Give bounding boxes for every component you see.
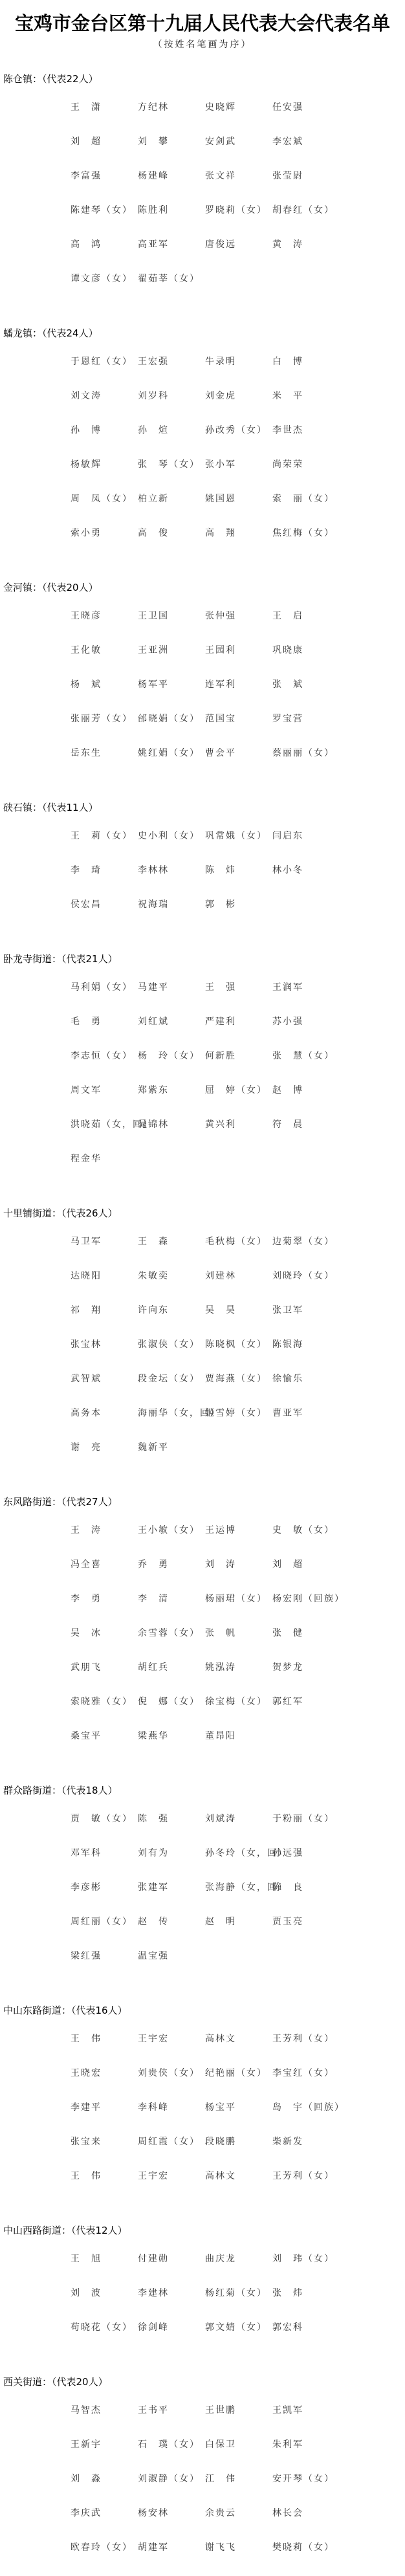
delegate-name: 尚荣荣 — [272, 459, 344, 493]
delegate-name: 祁 翔 — [71, 1305, 138, 1339]
delegate-name: 李志恒（女） — [71, 1050, 138, 1084]
district-header: 金河镇：（代表20人） — [0, 581, 405, 594]
delegate-name: 刘红斌 — [138, 1016, 205, 1050]
delegate-grid: 马智杰王书平王世鹏王凯军王新宇石 璞（女）白保卫朱利军刘 淼刘淑静（女）江 伟安… — [0, 2405, 405, 2576]
delegate-name: 牛录明 — [205, 356, 272, 390]
delegate-name: 胡建军 — [138, 2542, 205, 2576]
delegate-name: 苟晓花（女） — [71, 2322, 138, 2356]
delegate-name: 刘淑静（女） — [138, 2473, 205, 2507]
delegate-name: 李建平 — [71, 2102, 138, 2136]
delegate-name: 任安强 — [272, 102, 344, 136]
delegate-name: 周红丽（女） — [71, 1916, 138, 1950]
delegate-name: 桑宝平 — [71, 1730, 138, 1765]
delegate-name: 贺梦龙 — [272, 1662, 344, 1696]
delegate-name: 周文军 — [71, 1084, 138, 1119]
delegate-name: 谢飞飞 — [205, 2542, 272, 2576]
delegate-name: 谢 亮 — [71, 1442, 138, 1476]
delegate-name: 高林文 — [205, 2170, 272, 2205]
delegate-name: 岳东生 — [71, 747, 138, 782]
delegate-name: 郭 彬 — [205, 899, 272, 933]
delegate-name: 王润军 — [272, 982, 344, 1016]
delegate-name: 姚泓涛 — [205, 1662, 272, 1696]
delegate-name: 王运博 — [205, 1525, 272, 1559]
delegate-name: 陈银海 — [272, 1339, 344, 1373]
delegate-name: 张莹尉 — [272, 170, 344, 204]
delegate-name: 刘贵侠（女） — [138, 2067, 205, 2102]
delegate-name: 张小军 — [205, 459, 272, 493]
delegate-name: 白保卫 — [205, 2439, 272, 2473]
delegate-name: 唐俊远 — [205, 239, 272, 273]
district-header: 群众路街道：（代表18人） — [0, 1784, 405, 1797]
delegate-name: 王卫国 — [138, 610, 205, 644]
delegate-name: 杨 玲（女） — [138, 1050, 205, 1084]
district-section: 群众路街道：（代表18人）贾 敏（女）陈 强刘斌涛于粉丽（女）邓军科刘有为孙冬玲… — [0, 1784, 405, 1985]
delegate-name: 贾玉亮 — [272, 1916, 344, 1950]
delegate-name: 王芳利（女） — [272, 2170, 344, 2205]
delegate-name: 张文祥 — [205, 170, 272, 204]
delegate-name: 王凯军 — [272, 2405, 344, 2439]
delegate-grid: 马利娟（女）马建平王 强王润军毛 勇刘红斌严建利苏小强李志恒（女）杨 玲（女）何… — [0, 982, 405, 1187]
delegate-name: 焦红梅（女） — [272, 527, 344, 562]
delegate-name: 江 伟 — [205, 2473, 272, 2507]
delegate-name: 陈胜利 — [138, 204, 205, 239]
delegate-name: 郭文婧（女） — [205, 2322, 272, 2356]
district-section: 卧龙寺街道：（代表21人）马利娟（女）马建平王 强王润军毛 勇刘红斌严建利苏小强… — [0, 952, 405, 1187]
delegate-name: 张宝林 — [71, 1339, 138, 1373]
delegate-name: 武智斌 — [71, 1373, 138, 1407]
delegate-name: 郑紫东 — [138, 1084, 205, 1119]
delegate-name: 吴 昊 — [205, 1305, 272, 1339]
delegate-name: 王 潇 — [71, 102, 138, 136]
delegate-name: 李林林 — [138, 864, 205, 899]
delegate-name: 马智杰 — [71, 2405, 138, 2439]
delegate-grid: 王 旭付建勋曲庆龙刘 玮（女）刘 波李建林杨红菊（女）张 炜苟晓花（女）徐剑峰郭… — [0, 2253, 405, 2356]
delegate-name: 李 勇 — [71, 1593, 138, 1627]
delegate-name: 徐宝梅（女） — [205, 1696, 272, 1730]
delegate-name: 孙 煊 — [138, 424, 205, 459]
delegate-name: 王 伟 — [71, 2170, 138, 2205]
delegate-name: 邰晓娟（女） — [138, 713, 205, 747]
delegate-name: 屈 婷（女） — [205, 1084, 272, 1119]
district-header: 中山东路街道：（代表16人） — [0, 2004, 405, 2017]
delegate-name: 王 莉（女） — [71, 830, 138, 864]
delegate-name: 贾 敏（女） — [71, 1813, 138, 1847]
delegate-name: 梁燕华 — [138, 1730, 205, 1765]
delegate-name: 王晓彦 — [71, 610, 138, 644]
delegate-sections: 陈仓镇：（代表22人）王 潇方纪林史晓辉任安强刘 超刘 攀安剑武李宏斌李富强杨建… — [0, 72, 405, 2576]
delegate-name: 刘有为 — [138, 1847, 205, 1882]
delegate-name: 刘 攀 — [138, 136, 205, 170]
delegate-name: 罗晓莉（女） — [205, 204, 272, 239]
delegate-name: 史小利（女） — [138, 830, 205, 864]
delegate-name: 侯宏昌 — [71, 899, 138, 933]
delegate-name: 杨宏刚（回族） — [272, 1593, 344, 1627]
delegate-name: 胡春红（女） — [272, 204, 344, 239]
delegate-name: 刘 玮（女） — [272, 2253, 344, 2287]
delegate-name: 高 翔 — [205, 527, 272, 562]
delegate-name: 刘岁科 — [138, 390, 205, 424]
delegate-name: 白 博 — [272, 356, 344, 390]
delegate-name: 张淑侠（女） — [138, 1339, 205, 1373]
delegate-name: 王书平 — [138, 2405, 205, 2439]
delegate-name: 张 炜 — [272, 2287, 344, 2322]
delegate-name: 李世杰 — [272, 424, 344, 459]
document-title: 宝鸡市金台区第十九届人民代表大会代表名单 — [0, 12, 405, 35]
delegate-name: 王宏强 — [138, 356, 205, 390]
delegate-name: 安剑武 — [205, 136, 272, 170]
delegate-name: 张 健 — [272, 1627, 344, 1662]
delegate-name: 李彦彬 — [71, 1882, 138, 1916]
delegate-name: 米 平 — [272, 390, 344, 424]
delegate-name: 刘晓玲（女） — [272, 1270, 344, 1305]
delegate-name: 达晓阳 — [71, 1270, 138, 1305]
delegate-grid: 贾 敏（女）陈 强刘斌涛于粉丽（女）邓军科刘有为孙冬玲（女，回）孙远强李彦彬张建… — [0, 1813, 405, 1985]
delegate-name: 樊晓莉（女） — [272, 2542, 344, 2576]
delegate-name: 陈 强 — [138, 1813, 205, 1847]
district-header: 西关街道：（代表20人） — [0, 2375, 405, 2388]
delegate-name: 谭文彦（女） — [71, 273, 138, 307]
delegate-name: 许向东 — [138, 1305, 205, 1339]
delegate-name: 黄 涛 — [272, 239, 344, 273]
delegate-name: 毛 勇 — [71, 1016, 138, 1050]
delegate-name: 王新宇 — [71, 2439, 138, 2473]
delegate-grid: 马卫军王 森毛秋梅（女）边菊翠（女）达晓阳朱敏奕刘建林刘晓玲（女）祁 翔许向东吴… — [0, 1236, 405, 1476]
district-header: 卧龙寺街道：（代表21人） — [0, 952, 405, 965]
delegate-name: 赵 传 — [138, 1916, 205, 1950]
delegate-name: 王 伟 — [71, 2033, 138, 2067]
delegate-name: 朱利军 — [272, 2439, 344, 2473]
district-section: 中山东路街道：（代表16人）王 伟王宇宏高林文王芳利（女）王晓宏刘贵侠（女）纪艳… — [0, 2004, 405, 2205]
delegate-name: 王 旭 — [71, 2253, 138, 2287]
district-section: 东风路街道：（代表27人）王 涛王小敏（女）王运博史 敏（女）冯全喜乔 勇刘 涛… — [0, 1495, 405, 1765]
delegate-name: 刘金虎 — [205, 390, 272, 424]
delegate-name: 林小冬 — [272, 864, 344, 899]
delegate-name: 周红霞（女） — [138, 2136, 205, 2170]
delegate-name: 王 启 — [272, 610, 344, 644]
delegate-name: 王 森 — [138, 1236, 205, 1270]
delegate-name: 朱敏奕 — [138, 1270, 205, 1305]
delegate-name: 曹亚军 — [272, 1407, 344, 1442]
delegate-name: 陈 良 — [272, 1882, 344, 1916]
delegate-name: 胡红兵 — [138, 1662, 205, 1696]
delegate-name: 魏新平 — [138, 1442, 205, 1476]
delegate-name: 王晓宏 — [71, 2067, 138, 2102]
delegate-name: 柴新发 — [272, 2136, 344, 2170]
delegate-name: 杨 斌 — [71, 679, 138, 713]
delegate-name: 马建平 — [138, 982, 205, 1016]
district-section: 中山西路街道：（代表12人）王 旭付建勋曲庆龙刘 玮（女）刘 波李建林杨红菊（女… — [0, 2224, 405, 2356]
delegate-name: 巩常娥（女） — [205, 830, 272, 864]
delegate-name: 高亚军 — [138, 239, 205, 273]
delegate-name: 李庆武 — [71, 2507, 138, 2542]
delegate-name: 付建勋 — [138, 2253, 205, 2287]
delegate-name: 乔 勇 — [138, 1559, 205, 1593]
delegate-name: 王化敏 — [71, 644, 138, 679]
delegate-name: 纪艳丽（女） — [205, 2067, 272, 2102]
delegate-name: 蔡丽丽（女） — [272, 747, 344, 782]
delegate-name: 闫启东 — [272, 830, 344, 864]
delegate-name: 连军利 — [205, 679, 272, 713]
delegate-name: 刘 超 — [272, 1559, 344, 1593]
delegate-name: 刘斌涛 — [205, 1813, 272, 1847]
delegate-name: 杨安林 — [138, 2507, 205, 2542]
delegate-name: 刘 波 — [71, 2287, 138, 2322]
district-header: 东风路街道：（代表27人） — [0, 1495, 405, 1508]
delegate-name: 倪 娜（女） — [138, 1696, 205, 1730]
delegate-name: 赵 博 — [272, 1084, 344, 1119]
delegate-name: 李 清 — [138, 1593, 205, 1627]
delegate-name: 周 凤（女） — [71, 493, 138, 527]
delegate-name: 余雪蓉（女） — [138, 1627, 205, 1662]
district-section: 金河镇：（代表20人）王晓彦王卫国张仲强王 启王化敏王亚洲王园利巩晓康杨 斌杨军… — [0, 581, 405, 782]
delegate-name: 晁锦林 — [138, 1119, 205, 1153]
delegate-name: 柏立新 — [138, 493, 205, 527]
district-section: 陈仓镇：（代表22人）王 潇方纪林史晓辉任安强刘 超刘 攀安剑武李宏斌李富强杨建… — [0, 72, 405, 307]
delegate-name: 严建利 — [205, 1016, 272, 1050]
delegate-name: 贾海燕（女） — [205, 1373, 272, 1407]
delegate-name: 杨建峰 — [138, 170, 205, 204]
delegate-name: 李富强 — [71, 170, 138, 204]
delegate-name: 欧春玲（女） — [71, 2542, 138, 2576]
delegate-name: 曹会平 — [205, 747, 272, 782]
delegate-grid: 于恩红（女）王宏强牛录明白 博刘文涛刘岁科刘金虎米 平孙 博孙 煊孙改秀（女）李… — [0, 356, 405, 562]
delegate-grid: 王晓彦王卫国张仲强王 启王化敏王亚洲王园利巩晓康杨 斌杨军平连军利张 斌张丽芳（… — [0, 610, 405, 782]
delegate-name: 曲庆龙 — [205, 2253, 272, 2287]
delegate-name: 刘 淼 — [71, 2473, 138, 2507]
delegate-name: 索小勇 — [71, 527, 138, 562]
delegate-name: 徐剑峰 — [138, 2322, 205, 2356]
delegate-name: 王宇宏 — [138, 2033, 205, 2067]
delegate-name: 杨军平 — [138, 679, 205, 713]
district-section: 十里铺街道：（代表26人）马卫军王 森毛秋梅（女）边菊翠（女）达晓阳朱敏奕刘建林… — [0, 1207, 405, 1476]
delegate-name: 吴 冰 — [71, 1627, 138, 1662]
delegate-name: 毛秋梅（女） — [205, 1236, 272, 1270]
delegate-name: 杨丽珺（女） — [205, 1593, 272, 1627]
delegate-name: 孙远强 — [272, 1847, 344, 1882]
delegate-name: 于粉丽（女） — [272, 1813, 344, 1847]
delegate-name: 张 慧（女） — [272, 1050, 344, 1084]
delegate-name: 何新胜 — [205, 1050, 272, 1084]
delegate-name: 赵 明 — [205, 1916, 272, 1950]
delegate-name: 孙冬玲（女，回） — [205, 1847, 272, 1882]
delegate-name: 姚国恩 — [205, 493, 272, 527]
delegate-name: 王亚洲 — [138, 644, 205, 679]
delegate-name: 郭红军 — [272, 1696, 344, 1730]
delegate-name: 杨红菊（女） — [205, 2287, 272, 2322]
delegate-name: 段晓鹏 — [205, 2136, 272, 2170]
delegate-name: 冯全喜 — [71, 1559, 138, 1593]
delegate-name: 马卫军 — [71, 1236, 138, 1270]
delegate-grid: 王 伟王宇宏高林文王芳利（女）王晓宏刘贵侠（女）纪艳丽（女）李宝红（女）李建平李… — [0, 2033, 405, 2205]
delegate-name: 黄兴利 — [205, 1119, 272, 1153]
delegate-name: 巩晓康 — [272, 644, 344, 679]
delegate-name: 张海静（女，回） — [205, 1882, 272, 1916]
delegate-name: 王世鹏 — [205, 2405, 272, 2439]
delegate-name: 李宝红（女） — [272, 2067, 344, 2102]
delegate-name: 史 敏（女） — [272, 1525, 344, 1559]
delegate-name: 余贵云 — [205, 2507, 272, 2542]
delegate-name: 张卫军 — [272, 1305, 344, 1339]
delegate-grid: 王 莉（女）史小利（女）巩常娥（女）闫启东李 琦李林林陈 炜林小冬侯宏昌祝海瑞郭… — [0, 830, 405, 933]
district-header: 硖石镇：（代表11人） — [0, 801, 405, 814]
delegate-name: 徐愉乐 — [272, 1373, 344, 1407]
delegate-name: 孙 博 — [71, 424, 138, 459]
delegate-name: 杨宝平 — [205, 2102, 272, 2136]
delegate-name: 段金坛（女） — [138, 1373, 205, 1407]
delegate-grid: 王 潇方纪林史晓辉任安强刘 超刘 攀安剑武李宏斌李富强杨建峰张文祥张莹尉陈建琴（… — [0, 102, 405, 307]
delegate-name: 边菊翠（女） — [272, 1236, 344, 1270]
delegate-name: 马利娟（女） — [71, 982, 138, 1016]
delegate-name: 海丽华（女，回） — [138, 1407, 205, 1442]
district-header: 十里铺街道：（代表26人） — [0, 1207, 405, 1220]
delegate-name: 苏小强 — [272, 1016, 344, 1050]
document: 宝鸡市金台区第十九届人民代表大会代表名单 （按姓名笔画为序） 陈仓镇：（代表22… — [0, 0, 405, 2576]
delegate-name: 方纪林 — [138, 102, 205, 136]
delegate-name: 王小敏（女） — [138, 1525, 205, 1559]
delegate-name: 刘 涛 — [205, 1559, 272, 1593]
delegate-name: 高 俊 — [138, 527, 205, 562]
delegate-name: 程金华 — [71, 1153, 138, 1187]
district-section: 西关街道：（代表20人）马智杰王书平王世鹏王凯军王新宇石 璞（女）白保卫朱利军刘… — [0, 2375, 405, 2576]
delegate-name: 岛 宇（回族） — [272, 2102, 344, 2136]
delegate-name: 孙改秀（女） — [205, 424, 272, 459]
district-section: 蟠龙镇：（代表24人）于恩红（女）王宏强牛录明白 博刘文涛刘岁科刘金虎米 平孙 … — [0, 327, 405, 562]
district-header: 中山西路街道：（代表12人） — [0, 2224, 405, 2237]
delegate-name: 王 强 — [205, 982, 272, 1016]
delegate-name: 王 涛 — [71, 1525, 138, 1559]
delegate-name: 梁红强 — [71, 1950, 138, 1985]
district-header: 蟠龙镇：（代表24人） — [0, 327, 405, 340]
delegate-name: 陈建琴（女） — [71, 204, 138, 239]
delegate-name: 张 帆 — [205, 1627, 272, 1662]
delegate-name: 李 琦 — [71, 864, 138, 899]
delegate-name: 姬雪婷（女） — [205, 1407, 272, 1442]
delegate-name: 陈 炜 — [205, 864, 272, 899]
district-header: 陈仓镇：（代表22人） — [0, 72, 405, 85]
delegate-name: 高务本 — [71, 1407, 138, 1442]
delegate-name: 姚红娟（女） — [138, 747, 205, 782]
delegate-name: 于恩红（女） — [71, 356, 138, 390]
delegate-name: 索 丽（女） — [272, 493, 344, 527]
district-section: 硖石镇：（代表11人）王 莉（女）史小利（女）巩常娥（女）闫启东李 琦李林林陈 … — [0, 801, 405, 933]
delegate-name: 洪晓茹（女，回） — [71, 1119, 138, 1153]
delegate-name: 林长会 — [272, 2507, 344, 2542]
delegate-name: 罗宝营 — [272, 713, 344, 747]
delegate-name: 张建军 — [138, 1882, 205, 1916]
delegate-name: 索晓雅（女） — [71, 1696, 138, 1730]
delegate-name: 张宝来 — [71, 2136, 138, 2170]
delegate-name: 张 斌 — [272, 679, 344, 713]
delegate-name: 郭宏科 — [272, 2322, 344, 2356]
delegate-name: 张仲强 — [205, 610, 272, 644]
delegate-name: 张丽芳（女） — [71, 713, 138, 747]
delegate-name: 史晓辉 — [205, 102, 272, 136]
delegate-name: 刘 超 — [71, 136, 138, 170]
delegate-name: 武朋飞 — [71, 1662, 138, 1696]
delegate-name: 符 晨 — [272, 1119, 344, 1153]
delegate-name: 刘建林 — [205, 1270, 272, 1305]
delegate-name: 张 琴（女） — [138, 459, 205, 493]
delegate-name: 翟茹莘（女） — [138, 273, 205, 307]
delegate-name: 范国宝 — [205, 713, 272, 747]
delegate-name: 王宇宏 — [138, 2170, 205, 2205]
delegate-name: 董昂阳 — [205, 1730, 272, 1765]
delegate-name: 李建林 — [138, 2287, 205, 2322]
delegate-name: 邓军科 — [71, 1847, 138, 1882]
delegate-name: 高林文 — [205, 2033, 272, 2067]
delegate-name: 陈晓枫（女） — [205, 1339, 272, 1373]
delegate-name: 高 鸿 — [71, 239, 138, 273]
delegate-name: 李宏斌 — [272, 136, 344, 170]
document-subtitle: （按姓名笔画为序） — [0, 39, 405, 50]
delegate-name: 安开琴（女） — [272, 2473, 344, 2507]
delegate-name: 杨敏辉 — [71, 459, 138, 493]
delegate-name: 刘文涛 — [71, 390, 138, 424]
delegate-name: 王园利 — [205, 644, 272, 679]
delegate-name: 石 璞（女） — [138, 2439, 205, 2473]
delegate-name: 李科峰 — [138, 2102, 205, 2136]
delegate-name: 温宝强 — [138, 1950, 205, 1985]
delegate-name: 王芳利（女） — [272, 2033, 344, 2067]
delegate-grid: 王 涛王小敏（女）王运博史 敏（女）冯全喜乔 勇刘 涛刘 超李 勇李 清杨丽珺（… — [0, 1525, 405, 1765]
delegate-name: 祝海瑞 — [138, 899, 205, 933]
